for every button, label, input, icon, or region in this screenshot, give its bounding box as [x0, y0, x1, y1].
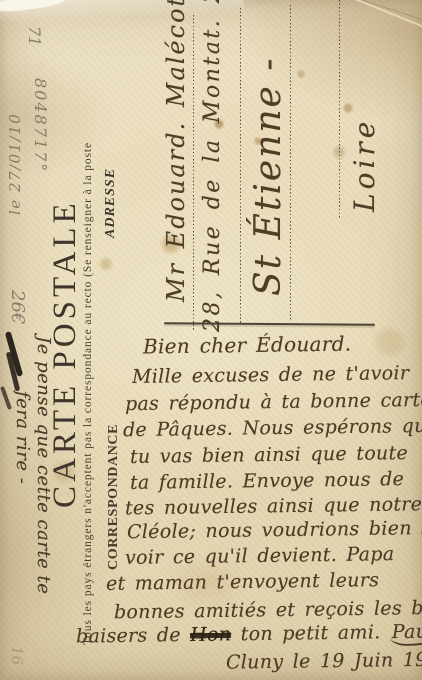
message-dateline: Cluny le 19 Juin 1908.: [226, 648, 422, 673]
message-line: de Pâques. Nous espérons que: [123, 415, 422, 441]
pencil-corner-mark: 16: [8, 646, 26, 665]
message-line: Mille excuses de ne t'avoir: [132, 362, 409, 388]
address-ruling-line: [193, 15, 194, 330]
pencil-reference: 8048717°: [31, 78, 50, 173]
message-line: tu vas bien ainsi que toute: [130, 442, 408, 468]
message-line: et maman t'envoyent leurs: [106, 569, 379, 595]
address-recipient: Mr Edouard. Malécot: [162, 0, 190, 302]
message-line: voir ce qu'il devient. Papa: [125, 543, 395, 569]
postcard-scan: CARTE POSTALE Tous les pays étrangers n'…: [0, 0, 422, 680]
correspondance-label: CORRESPONDANCE: [106, 424, 122, 570]
struck-word: Hon: [190, 623, 231, 646]
message-salutation: Bien cher Édouard.: [143, 332, 352, 359]
message-line: bonnes amitiés et reçois les bons: [114, 597, 422, 624]
address-street: 28, Rue de la Montat. 28.: [200, 0, 225, 332]
address-ruling-line: [290, 5, 291, 322]
adresse-label: ADRESSE: [103, 168, 119, 238]
address-ruling-line: [240, 8, 241, 325]
message-closing: baisers de Hon ton petit ami. Paul: [76, 620, 422, 647]
message-line: tes nouvelles ainsi que notre ami: [125, 493, 422, 520]
scribble-mark: [0, 386, 12, 410]
message-line: pas répondu à ta bonne carte: [125, 389, 422, 415]
pencil-price: 26€: [7, 290, 28, 324]
address-department: Loire: [348, 118, 381, 212]
address-city: St Étienne -: [248, 57, 289, 296]
message-line: Cléole; nous voudrions bien sa:: [127, 517, 422, 544]
ink-note-line: Je pense que cette carte te: [33, 336, 54, 594]
pencil-dealer-date: le 27/01/10: [6, 113, 24, 215]
message-line: ta famille. Envoye nous de: [130, 468, 404, 494]
address-ruling-line: [339, 0, 340, 218]
pencil-department-code: 71: [25, 26, 44, 46]
message-signature: Paul: [390, 620, 422, 646]
postal-notice: Tous les pays étrangers n'acceptent pas …: [82, 142, 94, 645]
closing-prefix: baisers de: [76, 624, 190, 648]
closing-suffix: ton petit ami.: [231, 621, 390, 645]
half-divider-line: [164, 322, 375, 325]
